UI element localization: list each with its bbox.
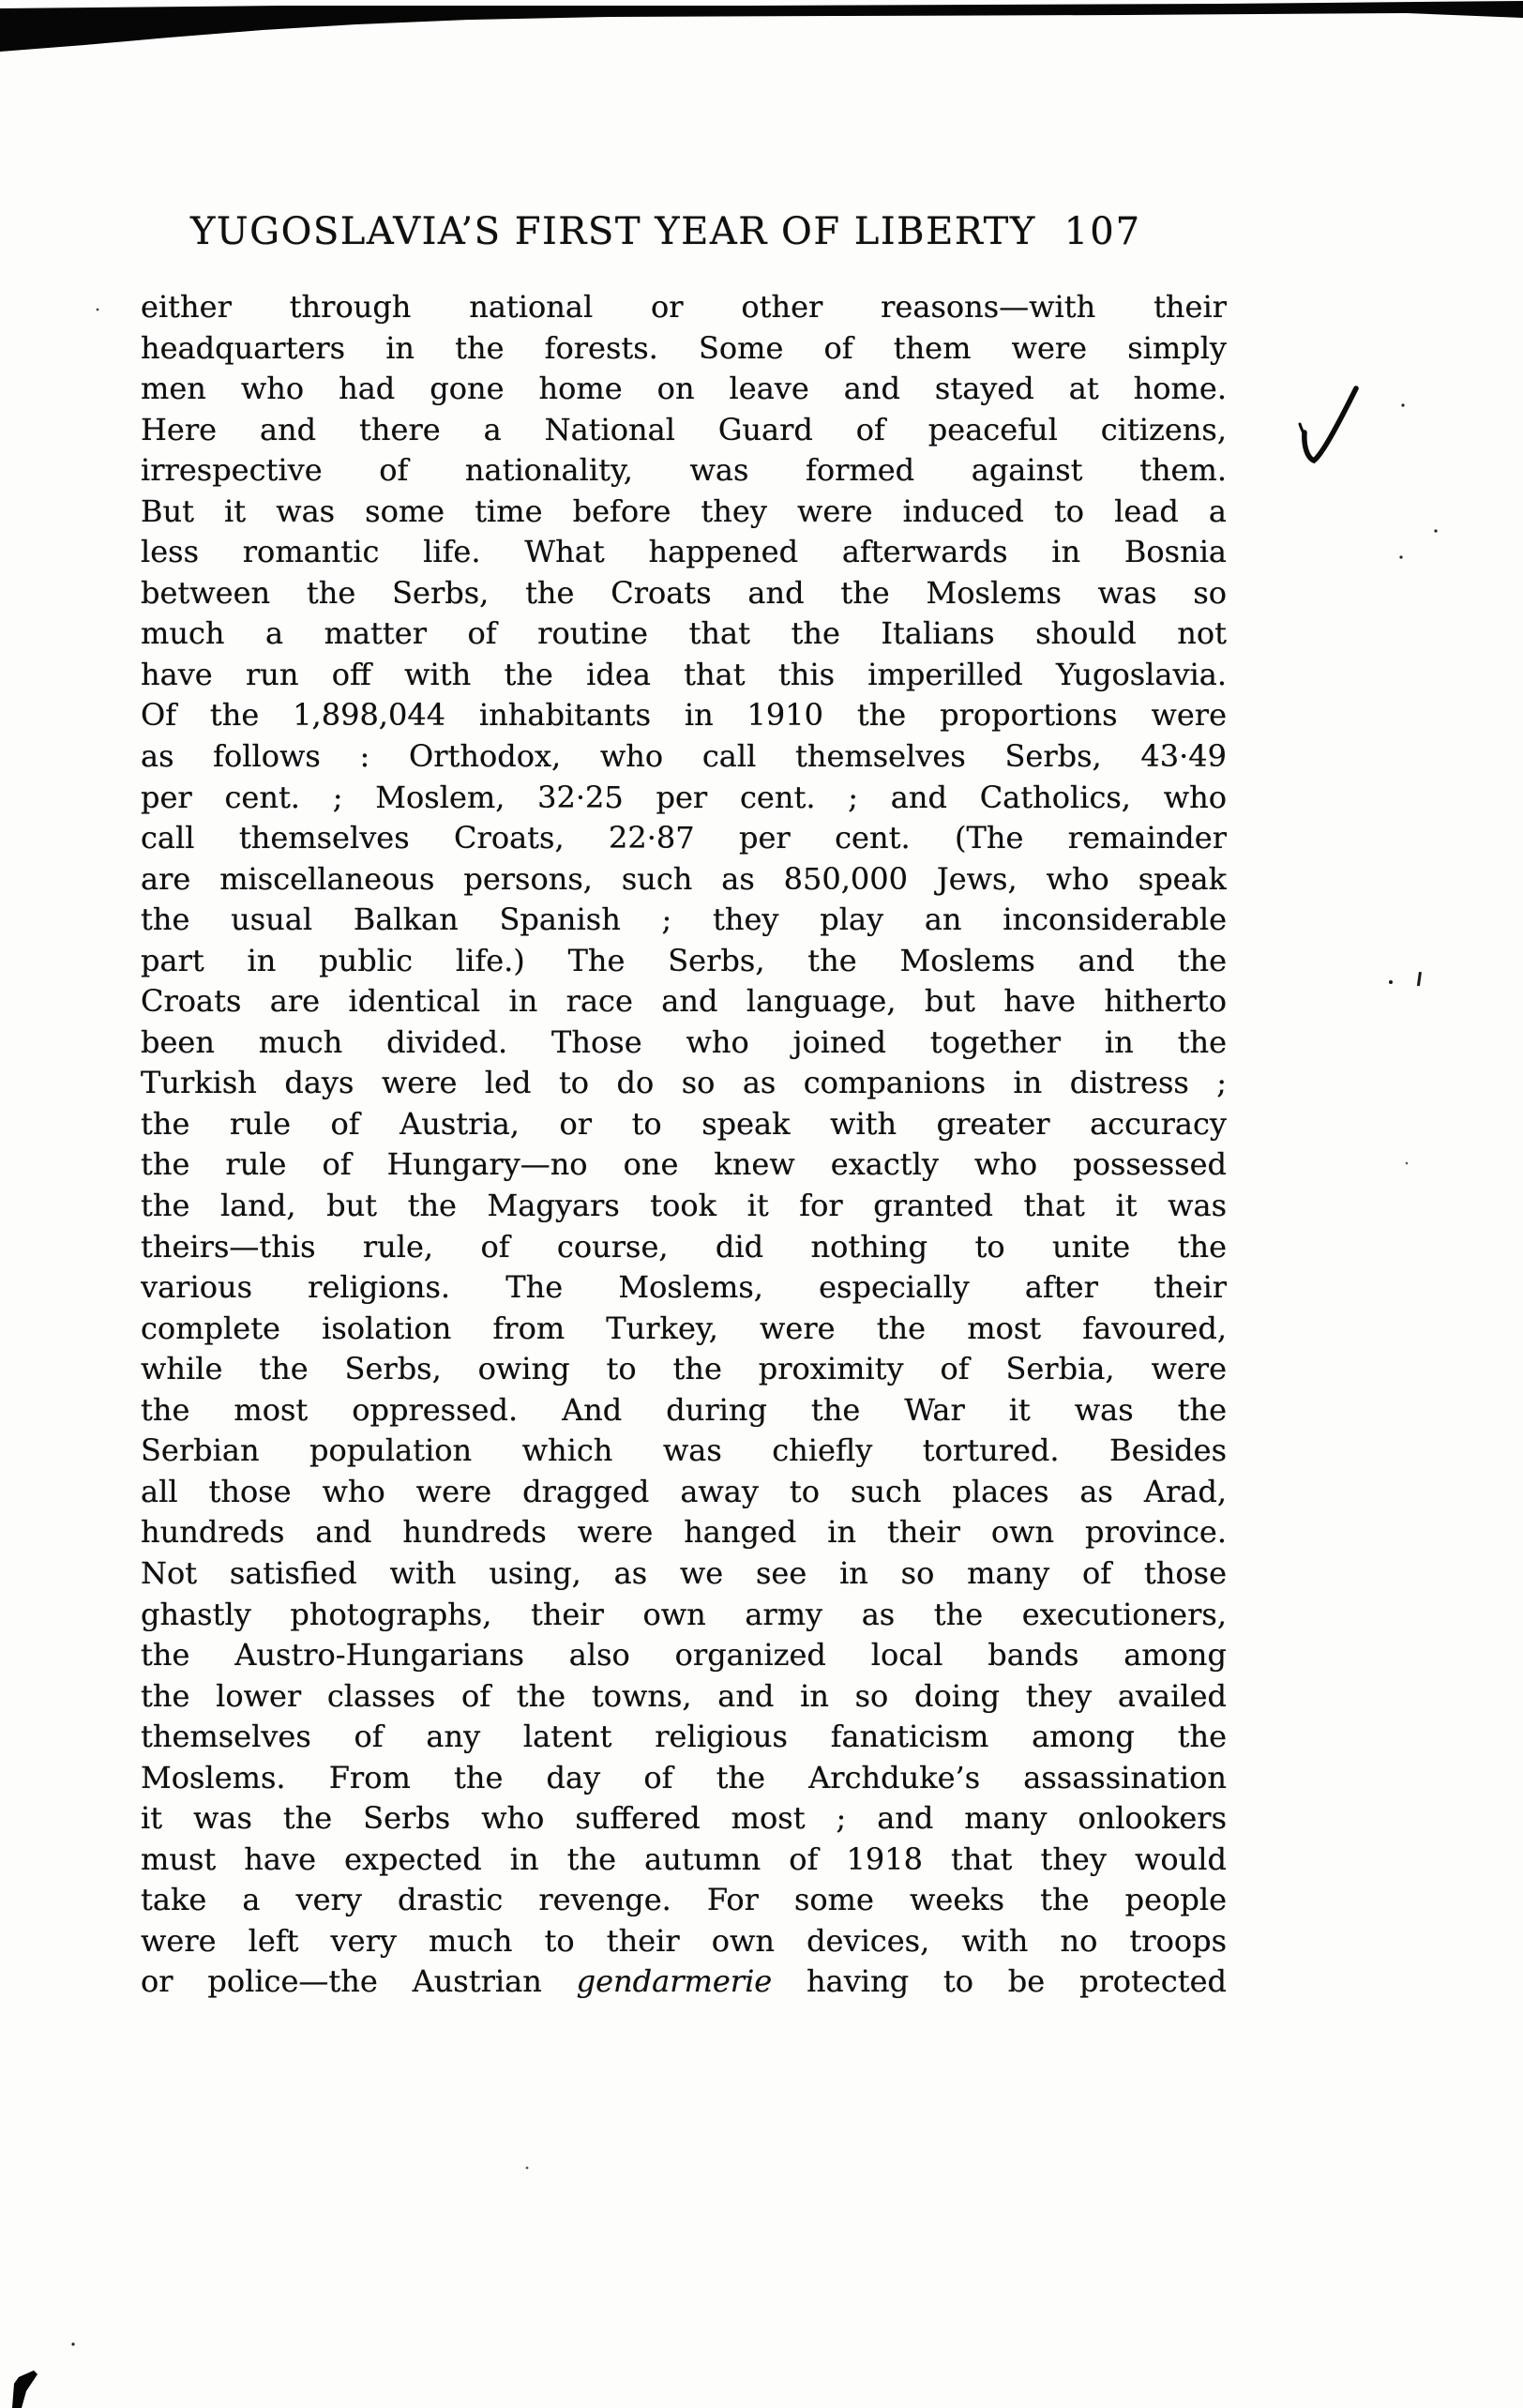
text-line: either through national or other reasons… bbox=[141, 287, 1227, 328]
text-line: complete isolation from Turkey, were the… bbox=[141, 1309, 1227, 1350]
body-text: either through national or other reasons… bbox=[141, 287, 1227, 2003]
text-line: between the Serbs, the Croats and the Mo… bbox=[141, 573, 1227, 614]
italic-word: gendarmerie bbox=[577, 1963, 773, 1999]
text-line: the most oppressed. And during the War i… bbox=[141, 1390, 1227, 1431]
text-line: while the Serbs, owing to the proximity … bbox=[141, 1349, 1227, 1390]
text-line: Croats are identical in race and languag… bbox=[141, 981, 1227, 1022]
ink-speck bbox=[1399, 555, 1402, 558]
text-line: must have expected in the autumn of 1918… bbox=[141, 1840, 1227, 1881]
text-line: less romantic life. What happened afterw… bbox=[141, 532, 1227, 573]
text-line: it was the Serbs who suffered most ; and… bbox=[141, 1798, 1227, 1840]
text-line: But it was some time before they were in… bbox=[141, 492, 1227, 533]
text-line: theirs—this rule, of course, did nothing… bbox=[141, 1227, 1227, 1268]
scan-edge-artifact-top bbox=[0, 1, 1523, 52]
ink-speck bbox=[1417, 972, 1422, 986]
text-line: part in public life.) The Serbs, the Mos… bbox=[141, 941, 1227, 982]
ink-speck bbox=[1434, 529, 1437, 532]
text-line: all those who were dragged away to such … bbox=[141, 1472, 1227, 1513]
text-line: call themselves Croats, 22·87 per cent. … bbox=[141, 818, 1227, 859]
text-line: much a matter of routine that the Italia… bbox=[141, 613, 1227, 655]
ink-speck bbox=[71, 2342, 74, 2345]
text-line: the lower classes of the towns, and in s… bbox=[141, 1676, 1227, 1718]
handwritten-checkmark-icon bbox=[1304, 388, 1356, 461]
text-line: various religions. The Moslems, especial… bbox=[141, 1267, 1227, 1309]
text-line: irrespective of nationality, was formed … bbox=[141, 450, 1227, 492]
text-line: headquarters in the forests. Some of the… bbox=[141, 328, 1227, 370]
text-line: Here and there a National Guard of peace… bbox=[141, 410, 1227, 451]
handwritten-checkmark-tail bbox=[1300, 424, 1305, 436]
text-line: ghastly photographs, their own army as t… bbox=[141, 1595, 1227, 1636]
text-line: the Austro-Hungarians also organized loc… bbox=[141, 1635, 1227, 1676]
text-line: themselves of any latent religious fanat… bbox=[141, 1717, 1227, 1758]
text-line: take a very drastic revenge. For some we… bbox=[141, 1880, 1227, 1921]
ink-speck bbox=[526, 2167, 529, 2170]
text-line: Of the 1,898,044 inhabitants in 1910 the… bbox=[141, 695, 1227, 736]
text-line: Not satisfied with using, as we see in s… bbox=[141, 1553, 1227, 1595]
text-line: as follows : Orthodox, who call themselv… bbox=[141, 736, 1227, 778]
text-line: Serbian population which was chiefly tor… bbox=[141, 1431, 1227, 1472]
scanned-book-page: YUGOSLAVIA’S FIRST YEAR OF LIBERTY 107 e… bbox=[0, 0, 1523, 2408]
text-line: men who had gone home on leave and staye… bbox=[141, 369, 1227, 410]
text-line: or police—the Austrian gendarmerie havin… bbox=[141, 1961, 1227, 2003]
text-line: the rule of Austria, or to speak with gr… bbox=[141, 1104, 1227, 1145]
text-line: hundreds and hundreds were hanged in the… bbox=[141, 1512, 1227, 1553]
text-line: the usual Balkan Spanish ; they play an … bbox=[141, 900, 1227, 941]
ink-speck bbox=[97, 309, 99, 311]
text-line: have run off with the idea that this imp… bbox=[141, 655, 1227, 696]
ink-speck bbox=[1406, 1162, 1409, 1165]
text-line: per cent. ; Moslem, 32·25 per cent. ; an… bbox=[141, 778, 1227, 819]
text-line: are miscellaneous persons, such as 850,0… bbox=[141, 859, 1227, 901]
page-number: 107 bbox=[1064, 210, 1141, 253]
scan-artifact-bottom-left bbox=[12, 2370, 38, 2408]
text-line: Moslems. From the day of the Archduke’s … bbox=[141, 1758, 1227, 1799]
running-title: YUGOSLAVIA’S FIRST YEAR OF LIBERTY bbox=[190, 210, 1036, 253]
ink-speck bbox=[1401, 403, 1404, 406]
text-line: were left very much to their own devices… bbox=[141, 1921, 1227, 1962]
text-line: Turkish days were led to do so as compan… bbox=[141, 1063, 1227, 1104]
ink-speck bbox=[1389, 980, 1393, 984]
text-line: the rule of Hungary—no one knew exactly … bbox=[141, 1144, 1227, 1186]
text-line: been much divided. Those who joined toge… bbox=[141, 1022, 1227, 1064]
text-line: the land, but the Magyars took it for gr… bbox=[141, 1186, 1227, 1227]
page-header: YUGOSLAVIA’S FIRST YEAR OF LIBERTY 107 bbox=[190, 210, 1141, 253]
